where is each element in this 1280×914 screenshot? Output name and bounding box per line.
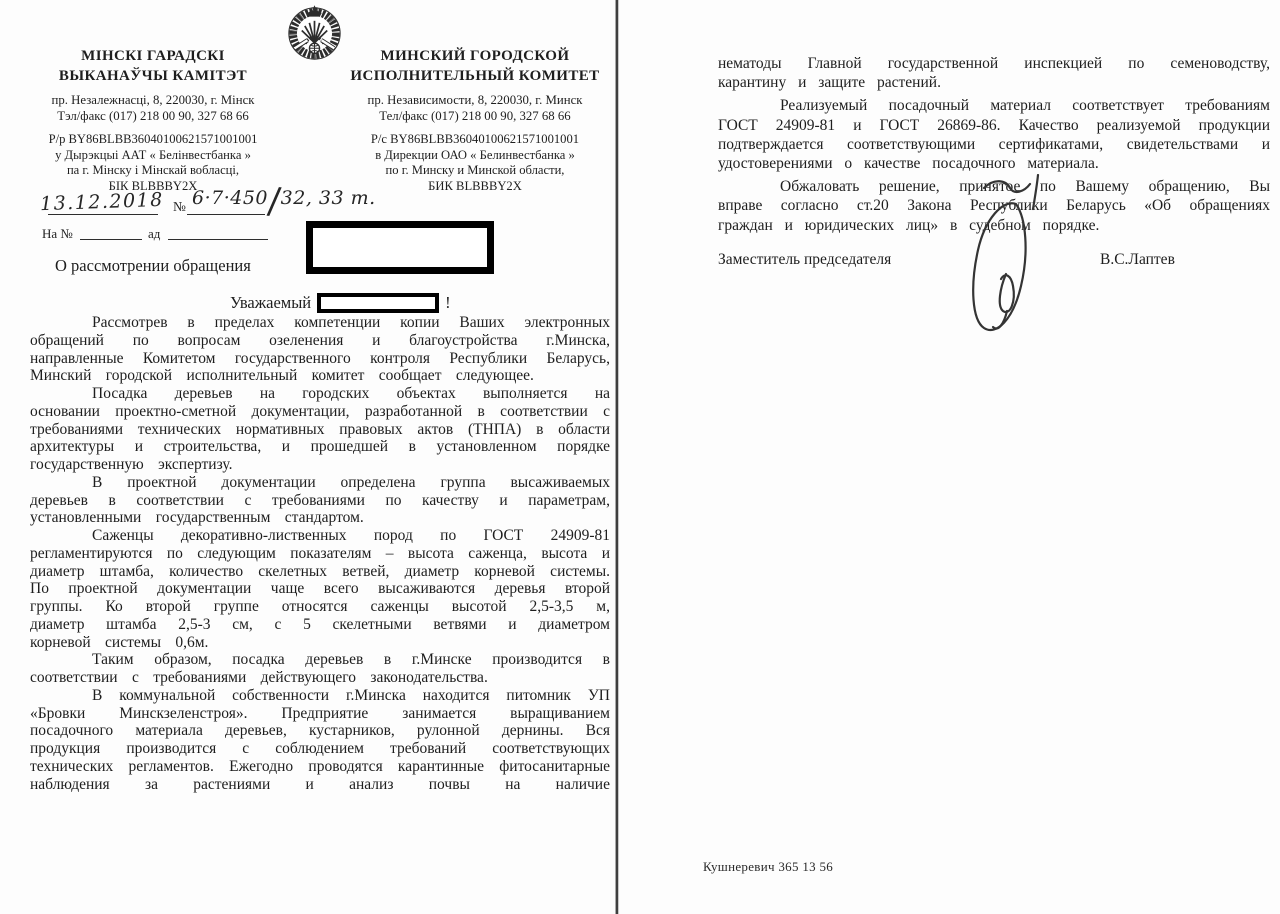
- letterhead-phone-line: Тел/факс (017) 218 00 90, 327 68 66: [346, 109, 604, 125]
- letterhead-bank-line: у Дырэкцыі ААТ « Белінвестбанка »: [33, 148, 273, 164]
- blank-underline: [187, 214, 265, 215]
- blank-underline: [48, 214, 158, 215]
- letterhead-title-line: ВЫКАНАЎЧЫ КАМІТЭТ: [33, 66, 273, 86]
- letterhead-belarusian: МІНСКІ ГАРАДСКІ ВЫКАНАЎЧЫ КАМІТЭТ пр. Не…: [33, 46, 273, 194]
- letterhead-phone-line: Тэл/факс (017) 218 00 90, 327 68 66: [33, 109, 273, 125]
- letterhead-title-line: МИНСКИЙ ГОРОДСКОЙ: [346, 46, 604, 66]
- reply-to-label: На №: [42, 226, 73, 242]
- handwritten-reference-number: 6·7·450/32, 33 т.: [192, 187, 376, 209]
- body-paragraph: Посадка деревьев на городских объектах в…: [30, 385, 610, 474]
- scanned-letter: { "left": { "letterhead_by": { "line1": …: [0, 0, 1280, 914]
- redaction-box-address: [306, 221, 494, 274]
- body-paragraph: нематоды Главной государственной инспекц…: [718, 54, 1270, 92]
- blank-underline: [168, 239, 268, 240]
- letterhead-address-line: пр. Незалежнасці, 8, 220030, г. Мінск: [33, 93, 273, 109]
- body-paragraph: Реализуемый посадочный материал соответс…: [718, 96, 1270, 173]
- letterhead-bik-line: БИК BLBBBY2X: [346, 179, 604, 195]
- letterhead-account-line: Р/с BY86BLBB36040100621571001001: [346, 132, 604, 148]
- letterhead-bank-line: по г. Минску и Минской области,: [346, 163, 604, 179]
- letter-body-left-page: Рассмотрев в пределах компетенции копии …: [30, 314, 610, 793]
- letterhead-account-line: Р/р BY86BLBB36040100621571001001: [33, 132, 273, 148]
- belarus-coat-of-arms-icon: [287, 3, 342, 60]
- subject-line: О рассмотрении обращения: [55, 256, 251, 276]
- redaction-box-recipient-name: [317, 293, 439, 313]
- signoff-name: В.С.Лаптев: [1100, 251, 1175, 269]
- letterhead-address-line: пр. Независимости, 8, 220030, г. Минск: [346, 93, 604, 109]
- handwritten-date: 13.12.2018: [40, 189, 164, 215]
- letterhead-bank-line: па г. Мінску і Мінскай вобласці,: [33, 163, 273, 179]
- salutation: Уважаемый !: [230, 293, 451, 313]
- body-paragraph: Рассмотрев в пределах компетенции копии …: [30, 314, 610, 385]
- reference-number-label: №: [173, 199, 186, 215]
- executor-contact: Кушнеревич 365 13 56: [703, 859, 833, 875]
- reply-from-label: ад: [148, 226, 160, 242]
- letterhead-title-line: ИСПОЛНИТЕЛЬНЫЙ КОМИТЕТ: [346, 66, 604, 86]
- salutation-text: Уважаемый: [230, 293, 311, 313]
- letterhead-bank-line: в Дирекции ОАО « Белинвестбанка »: [346, 148, 604, 164]
- salutation-exclamation: !: [445, 293, 451, 313]
- letterhead-title-line: МІНСКІ ГАРАДСКІ: [33, 46, 273, 66]
- page-fold-line: [616, 0, 618, 914]
- body-paragraph: Саженцы декоративно-лиственных пород по …: [30, 527, 610, 651]
- handwritten-signature: [950, 174, 1065, 342]
- body-paragraph: В коммунальной собственности г.Минска на…: [30, 687, 610, 794]
- letterhead-russian: МИНСКИЙ ГОРОДСКОЙ ИСПОЛНИТЕЛЬНЫЙ КОМИТЕТ…: [346, 46, 604, 194]
- body-paragraph: Таким образом, посадка деревьев в г.Минс…: [30, 651, 610, 687]
- blank-underline: [80, 239, 142, 240]
- body-paragraph: В проектной документации определена груп…: [30, 474, 610, 527]
